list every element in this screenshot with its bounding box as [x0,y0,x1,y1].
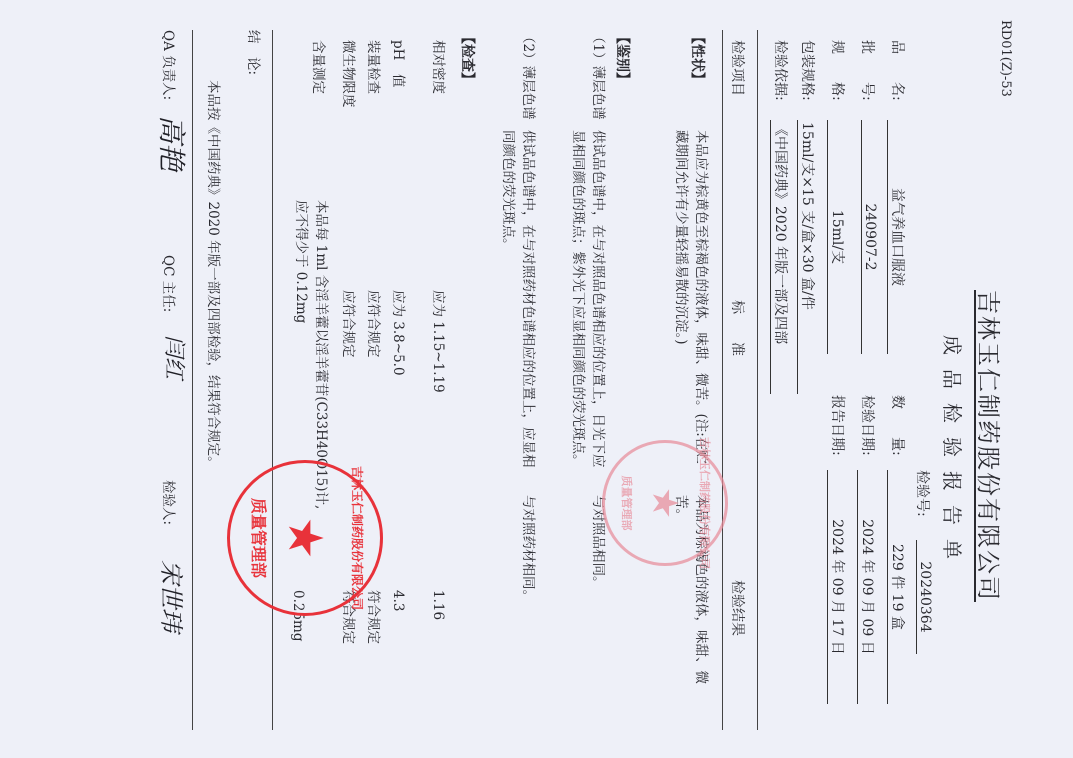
stamp-department-text: 质量管理部 [248,498,271,578]
table-bottom-rule [272,30,273,730]
appearance-standard: 本品应为棕黄色至棕褐色的液体，味甜、微苦。(注:在贮藏期间允许有少量轻摇易散的沉… [671,130,711,470]
faded-stamp-sub: 质量管理部 [619,476,635,531]
spec: 15ml/支 [827,120,848,354]
microbial-standard: 应符合规定 [338,290,358,358]
ph-result: 4.3 [388,590,408,611]
ph-standard: 应为 3.8~5.0 [388,290,408,376]
qa-label: QA 负责人: [158,30,178,100]
section-identification: 【鉴别】 [613,30,633,86]
inspection-basis: 《中国药典》2020 年版一部及四部 [770,120,791,394]
density-result: 1.16 [428,590,448,620]
qa-department-stamp: ★ 吉林玉仁制药股份有限公司 质量管理部 [227,460,383,616]
qc-label: QC 主任: [158,255,178,312]
faded-stamp-text: 吉林玉仁制药股份有限公司 [697,437,713,569]
conclusion-text: 本品按《中国药典》2020 年版一部及四部检验，结果符合规定。 [203,80,223,470]
inspector-signature: 宋世玮 [156,560,191,632]
inspection-report-page: RD01(Z)-53 吉林玉仁制药股份有限公司 成品检验报告单 检验号: 202… [0,0,1073,758]
quantity-label: 数 量: [888,395,908,456]
inspection-date: 2024 年 09 月 09 日 [857,470,878,704]
microbial-label: 微生物限度 [338,40,358,108]
tlc-2-result: 与对照药材相同。 [518,495,538,603]
basis-label: 检验依据: [771,40,791,101]
inspection-date-label: 检验日期: [858,395,878,456]
tlc-2-label: （2）薄层色谱 [518,30,538,120]
inspector-label: 检验人: [158,480,178,525]
header-result: 检验结果 [728,580,748,636]
product-name-label: 品 名: [888,40,908,101]
density-standard: 应为 1.15~1.19 [428,290,448,393]
assay-label: 含量测定 [308,40,328,94]
table-header-rule [722,30,723,730]
quantity: 229 件 19 盒 [887,470,908,704]
header-item: 检验项目 [728,40,748,96]
table-top-rule [757,30,758,730]
inspection-no: 20240364 [916,540,933,654]
tlc-2-standard: 供试品色谱中，在与对照药材色谱相应的位置上，应显相同颜色的荧光斑点。 [498,130,538,470]
tlc-1-label: （1）薄层色谱 [588,30,608,120]
fill-volume-result: 符合规定 [363,590,383,644]
qc-signature: 闫红 [160,335,191,379]
density-label: 相对密度 [428,40,448,94]
package-spec: 15ml/支×15 支/盒×30 盒/件 [797,120,818,394]
report-date-label: 报告日期: [828,395,848,456]
batch-number: 240907-2 [861,120,878,354]
document-title: 成品检验报告单 [939,335,968,573]
fill-volume-standard: 应符合规定 [363,290,383,358]
package-label: 包装规格: [798,40,818,101]
ph-label: pH 值 [388,40,408,87]
conclusion-label: 结 论: [243,30,263,75]
spec-label: 规 格: [828,40,848,101]
fill-volume-label: 装量检查 [363,40,383,94]
section-appearance: 【性状】 [688,30,708,86]
company-name: 吉林玉仁制药股份有限公司 [973,290,1008,602]
section-tests: 【检查】 [458,30,478,86]
tlc-1-standard: 供试品色谱中，在与对照品色谱相应的位置上，日光下应显相同颜色的斑点；紫外光下应显… [568,130,608,470]
report-date: 2024 年 09 月 17 日 [827,470,848,704]
stamp-company-text: 吉林玉仁制药股份有限公司 [349,466,366,610]
star-icon: ★ [277,516,333,559]
faded-qa-stamp: ★ 吉林玉仁制药股份有限公司 质量管理部 [602,440,728,566]
batch-label: 批 号: [858,40,878,101]
header-standard: 标 准 [728,300,748,356]
form-code: RD01(Z)-53 [998,20,1013,97]
inspection-no-label: 检验号: [913,470,933,517]
product-name: 益气养血口服液 [887,120,908,354]
star-icon: ★ [645,487,686,519]
qa-signature: 高艳 [153,115,193,171]
